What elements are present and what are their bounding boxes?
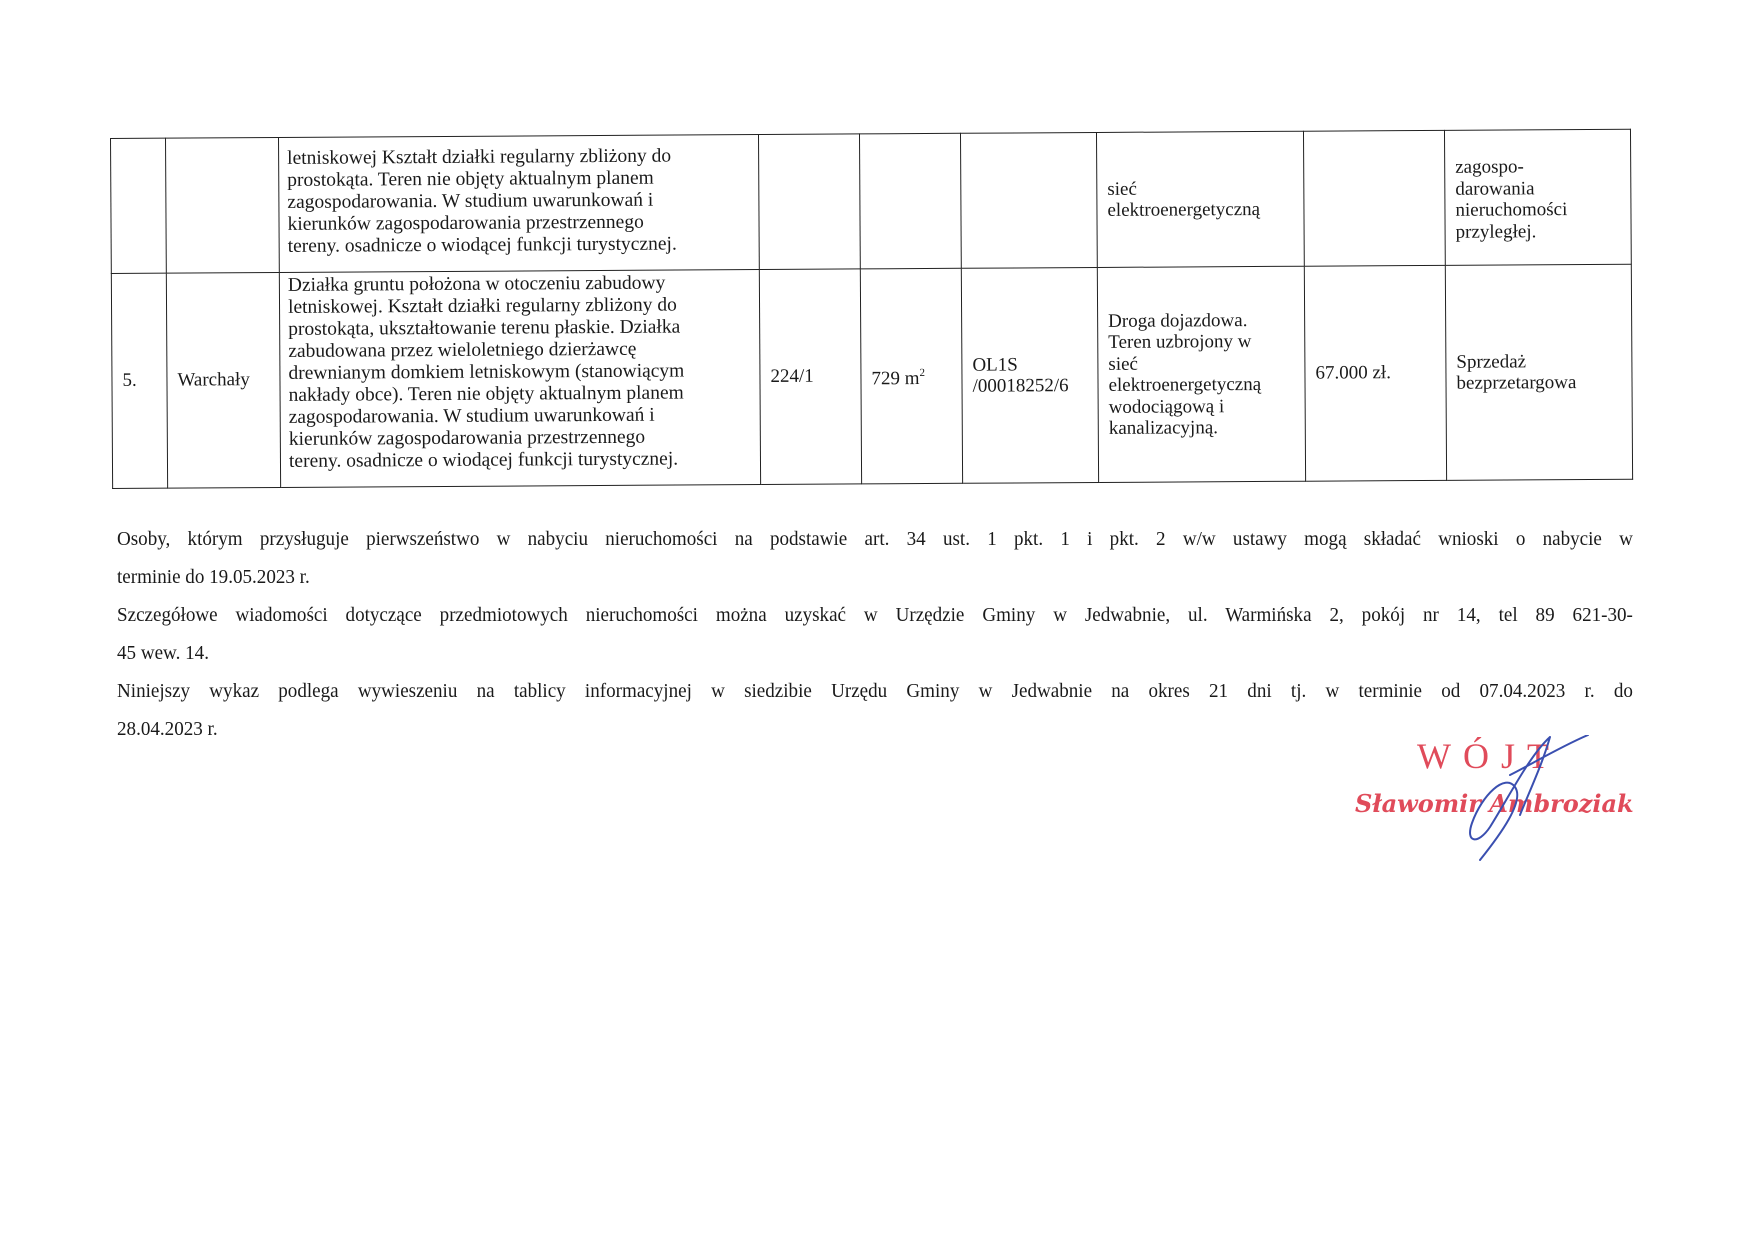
property-table: letniskowej Kształt działki regularny zb… [110,129,1633,489]
area-cell [859,133,961,269]
utilities-line: elektroenergetyczną [1107,199,1293,222]
price-cell: 67.000 zł. [1304,265,1446,481]
purpose-cell: Sprzedaż bezprzetargowa [1445,264,1632,480]
table-row: 5. Warchały Działka gruntu położona w ot… [111,264,1632,488]
paragraph-line: Szczegółowe wiadomości dotyczące przedmi… [117,596,1633,634]
description-line: prostokąta. Teren nie objęty aktualnym p… [287,167,750,192]
description-line: drewnianym domkiem letniskowym (stanowią… [288,360,751,385]
paragraph-line: terminie do 19.05.2023 r. [117,566,310,588]
contact-info-paragraph: Szczegółowe wiadomości dotyczące przedmi… [117,596,1633,672]
utilities-line: Droga dojazdowa. [1108,309,1294,332]
land-register-cell: OL1S /00018252/6 [961,267,1098,483]
utilities-line: kanalizacyjną. [1109,417,1295,440]
location-cell: Warchały [166,272,280,488]
row-number-cell [111,138,167,273]
row-number-cell: 5. [111,273,167,488]
description-line: letniskowej. Kształt działki regularny z… [288,294,751,319]
paragraph-line: 45 wew. 14. [117,642,209,664]
purpose-line: darowania [1455,177,1620,200]
area-cell: 729 m2 [860,268,962,484]
purpose-line: nieruchomości [1455,199,1620,222]
purpose-line: bezprzetargowa [1456,372,1621,395]
paragraph-line: Niniejszy wykaz podlega wywieszeniu na t… [117,672,1633,710]
description-line: letniskowej Kształt działki regularny zb… [287,145,750,170]
land-register-line: OL1S [972,354,1087,376]
description-cell: Działka gruntu położona w otoczeniu zabu… [279,270,760,488]
parcel-cell [758,134,860,270]
parcel-cell: 224/1 [759,269,861,485]
description-line: prostokąta, ukształtowanie terenu płaski… [288,316,751,341]
paragraph-line: Osoby, którym przysługuje pierwszeństwo … [117,520,1633,558]
utilities-line: sieć [1108,352,1294,375]
utilities-line: wodociągową i [1109,395,1295,418]
price-cell [1303,130,1445,266]
description-line: tereny. osadnicze o wiodącej funkcji tur… [288,233,751,258]
utilities-cell: Droga dojazdowa. Teren uzbrojony w sieć … [1097,266,1305,482]
description-line: kierunków zagospodarowania przestrzenneg… [289,426,752,451]
purpose-line: zagospo- [1455,156,1620,179]
description-line: nakłady obce). Teren nie objęty aktualny… [289,382,752,407]
description-line: zabudowana przez wieloletniego dzierżawc… [288,338,751,363]
purpose-line: przyległej. [1456,220,1621,243]
land-register-cell [960,132,1097,268]
area-value: 729 m [871,368,919,389]
priority-notice-paragraph: Osoby, którym przysługuje pierwszeństwo … [117,520,1633,596]
description-line: tereny. osadnicze o wiodącej funkcji tur… [289,448,752,473]
table-row: letniskowej Kształt działki regularny zb… [111,129,1632,273]
description-line: zagospodarowania. W studium uwarunkowań … [289,404,752,429]
utilities-line: elektroenergetyczną [1108,374,1294,397]
description-cell: letniskowej Kształt działki regularny zb… [278,135,759,273]
utilities-cell: sieć elektroenergetyczną [1096,131,1304,267]
utilities-line: sieć [1107,177,1293,200]
utilities-line: Teren uzbrojony w [1108,331,1294,354]
paragraph-line: 28.04.2023 r. [117,718,218,740]
official-stamp: WÓJT Sławomir Ambroziak [1355,735,1645,865]
purpose-cell: zagospo- darowania nieruchomości przyleg… [1444,129,1631,265]
signature-icon [1450,735,1590,865]
description-line: kierunków zagospodarowania przestrzenneg… [287,211,750,236]
description-line: Działka gruntu położona w otoczeniu zabu… [288,272,751,297]
description-line: zagospodarowania. W studium uwarunkowań … [287,189,750,214]
land-register-line: /00018252/6 [972,375,1087,397]
purpose-line: Sprzedaż [1456,350,1621,373]
area-unit-superscript: 2 [919,367,925,379]
location-cell [166,137,280,273]
